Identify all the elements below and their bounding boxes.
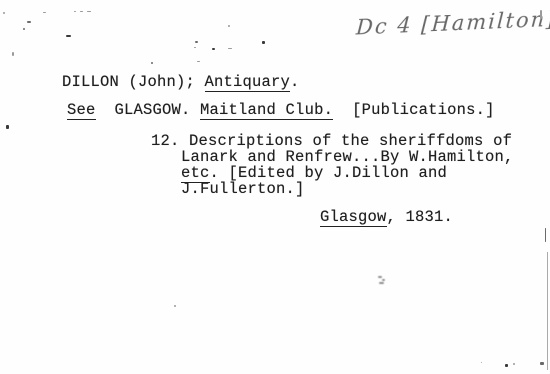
see-word-underlined: See xyxy=(67,101,96,120)
see-club-underlined: Maitland Club. xyxy=(200,101,333,120)
entry-line-1: 12. Descriptions of the sheriffdoms of xyxy=(151,133,512,149)
imprint-year: , 1831. xyxy=(387,208,454,226)
see-target-heading: GLASGOW. xyxy=(96,101,201,119)
entry-line-2: Lanark and Renfrew...By W.Hamilton, xyxy=(181,149,514,165)
heading-period: . xyxy=(290,73,300,91)
heading-name: DILLON (John); xyxy=(62,73,205,91)
imprint-place-underlined: Glasgow xyxy=(320,208,387,227)
see-reference-line: See GLASGOW. Maitland Club. [Publication… xyxy=(67,102,495,118)
heading-descriptor-underlined: Antiquary xyxy=(205,73,291,92)
pencil-smudge xyxy=(376,275,390,287)
imprint-line: Glasgow, 1831. xyxy=(320,209,453,225)
handwritten-shelfmark-note: Dc 4 [Hamilton]. xyxy=(355,6,550,39)
entry-line-3: etc. [Edited by J.Dillon and xyxy=(181,165,447,181)
heading-line: DILLON (John); Antiquary. xyxy=(62,74,300,90)
see-publications: [Publications.] xyxy=(333,101,495,119)
entry-line-4: J.Fullerton.] xyxy=(181,181,305,197)
catalog-card: Dc 4 [Hamilton]. DILLON (John); Antiquar… xyxy=(0,0,550,374)
